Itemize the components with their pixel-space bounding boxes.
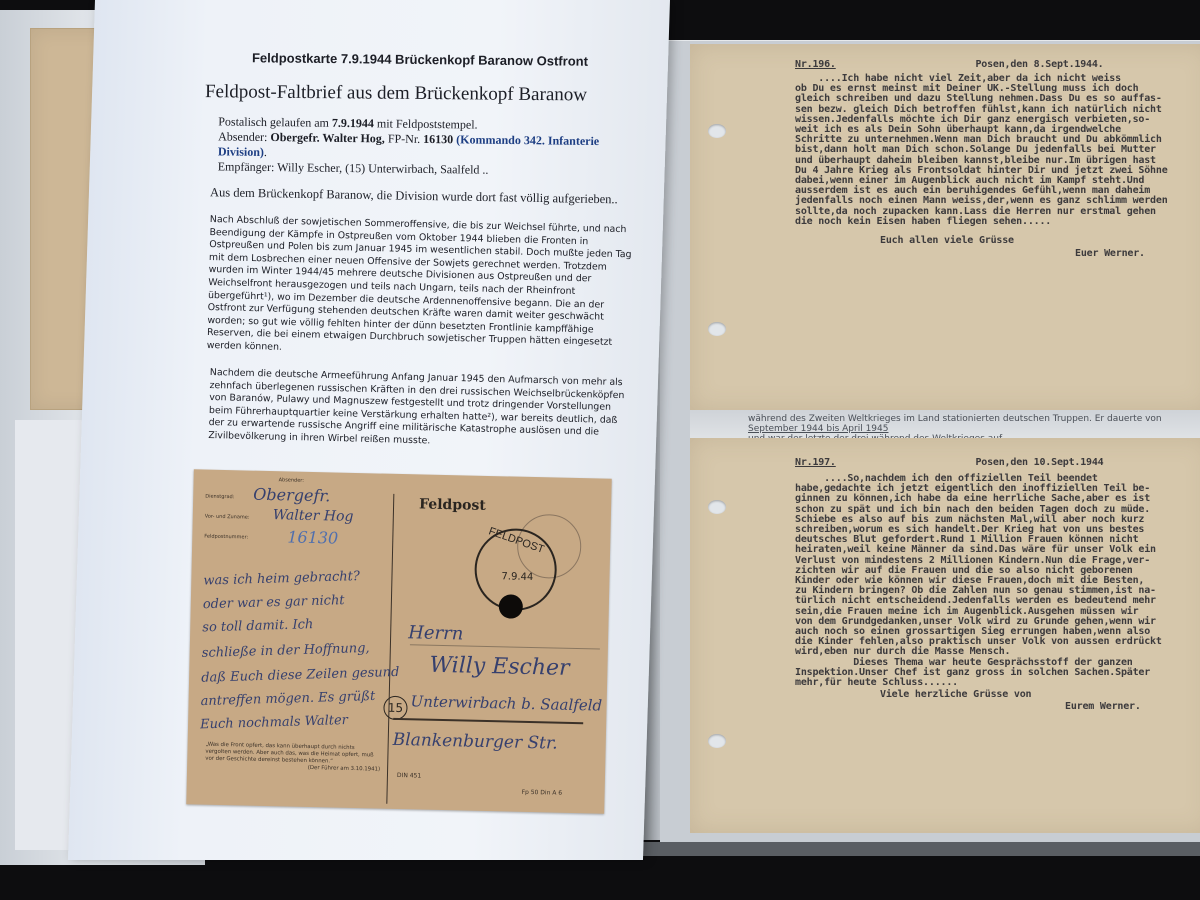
- letter-number: Nr.197.: [795, 457, 836, 468]
- ink-blot: [499, 594, 524, 619]
- punch-hole-icon: [708, 322, 726, 336]
- album-spread: Nr.196. Posen,den 8.Sept.1944. ....Ich h…: [0, 0, 1200, 900]
- recipient-salutation: Herrn: [408, 622, 464, 644]
- handwritten-line: oder war es gar nicht: [203, 593, 345, 612]
- page-subtitle: Feldpost-Faltbrief aus dem Brückenkopf B…: [205, 81, 640, 107]
- card-divider: [386, 494, 394, 804]
- handwritten-line: schließe in der Hoffnung,: [202, 641, 370, 661]
- handwritten-name: Walter Hog: [273, 507, 354, 525]
- printed-quote: „Was die Front opfert, das kann überhaup…: [205, 742, 381, 774]
- handwritten-line: so toll damit. Ich: [202, 617, 313, 635]
- recipient-street: Blankenburger Str.: [393, 730, 558, 754]
- postmark-date: 7.9.44: [501, 571, 533, 583]
- feldpost-card: Absender: Dienstgrad: Vor- und Zuname: F…: [186, 469, 611, 813]
- letter-closing: Viele herzliche Grüsse von: [880, 690, 1031, 700]
- summary-line: Aus dem Brückenkopf Baranow, die Divisio…: [210, 185, 640, 208]
- letter-place-date: Posen,den 10.Sept.1944: [975, 457, 1103, 468]
- din-code: DIN 451: [397, 772, 421, 780]
- card-metadata: Postalisch gelaufen am 7.9.1944 mit Feld…: [218, 114, 641, 179]
- postcode-circle: 15: [383, 696, 408, 721]
- postal-date: 7.9.1944: [332, 116, 374, 131]
- letter-body: ....So,nachdem ich den offiziellen Teil …: [795, 474, 1162, 688]
- sleeve-insert-text: während des Zweiten Weltkrieges im Land …: [690, 410, 1200, 440]
- history-paragraph-1: Nach Abschluß der sowjetischen Sommeroff…: [207, 214, 635, 363]
- sender-name: Obergefr. Walter Hog,: [270, 130, 385, 145]
- punch-hole-icon: [708, 734, 726, 748]
- typed-letter-197: Nr.197. Posen,den 10.Sept.1944 ....So,na…: [690, 438, 1200, 833]
- letter-place-date: Posen,den 8.Sept.1944.: [975, 59, 1103, 70]
- letter-closing: Euch allen viele Grüsse: [880, 236, 1014, 246]
- sleeve-date-range: September 1944 bis April 1945: [748, 424, 1200, 434]
- sleeve-line-1: während des Zweiten Weltkrieges im Land …: [748, 414, 1200, 424]
- form-code: Fp 50 Din A 6: [522, 789, 563, 797]
- letter-signature: Eurem Werner.: [1065, 702, 1141, 712]
- sender-fp-number: 16130: [423, 132, 453, 146]
- letter-signature: Euer Werner.: [1075, 249, 1145, 259]
- handwritten-rank: Obergefr.: [253, 485, 331, 506]
- handwritten-line: was ich heim gebracht?: [203, 569, 360, 589]
- recipient-town: Unterwirbach b. Saalfeld: [410, 692, 602, 714]
- letter-body: ....Ich habe nicht viel Zeit,aber da ich…: [795, 74, 1168, 227]
- feldpost-heading: Feldpost: [419, 496, 486, 514]
- history-paragraph-2: Nachdem die deutsche Armeeführung Anfang…: [208, 367, 635, 453]
- handwritten-line: daß Euch diese Zeilen gesund: [201, 665, 400, 686]
- letter-header: Nr.197. Posen,den 10.Sept.1944: [795, 458, 1104, 468]
- handwritten-fp-number: 16130: [287, 527, 338, 547]
- punch-hole-icon: [708, 124, 726, 138]
- punch-hole-icon: [708, 500, 726, 514]
- recipient-name: Willy Escher: [429, 653, 570, 681]
- page-title: Feldpostkarte 7.9.1944 Brückenkopf Baran…: [200, 50, 640, 70]
- handwritten-line: Euch nochmals Walter: [200, 713, 348, 732]
- letter-header: Nr.196. Posen,den 8.Sept.1944.: [795, 60, 1104, 70]
- handwritten-line: antreffen mögen. Es grüßt: [200, 689, 375, 709]
- sender-header: Absender:: [279, 477, 304, 484]
- description-content: Feldpostkarte 7.9.1944 Brückenkopf Baran…: [190, 52, 640, 442]
- typed-letter-196: Nr.196. Posen,den 8.Sept.1944. ....Ich h…: [690, 44, 1200, 410]
- letter-number: Nr.196.: [795, 59, 836, 70]
